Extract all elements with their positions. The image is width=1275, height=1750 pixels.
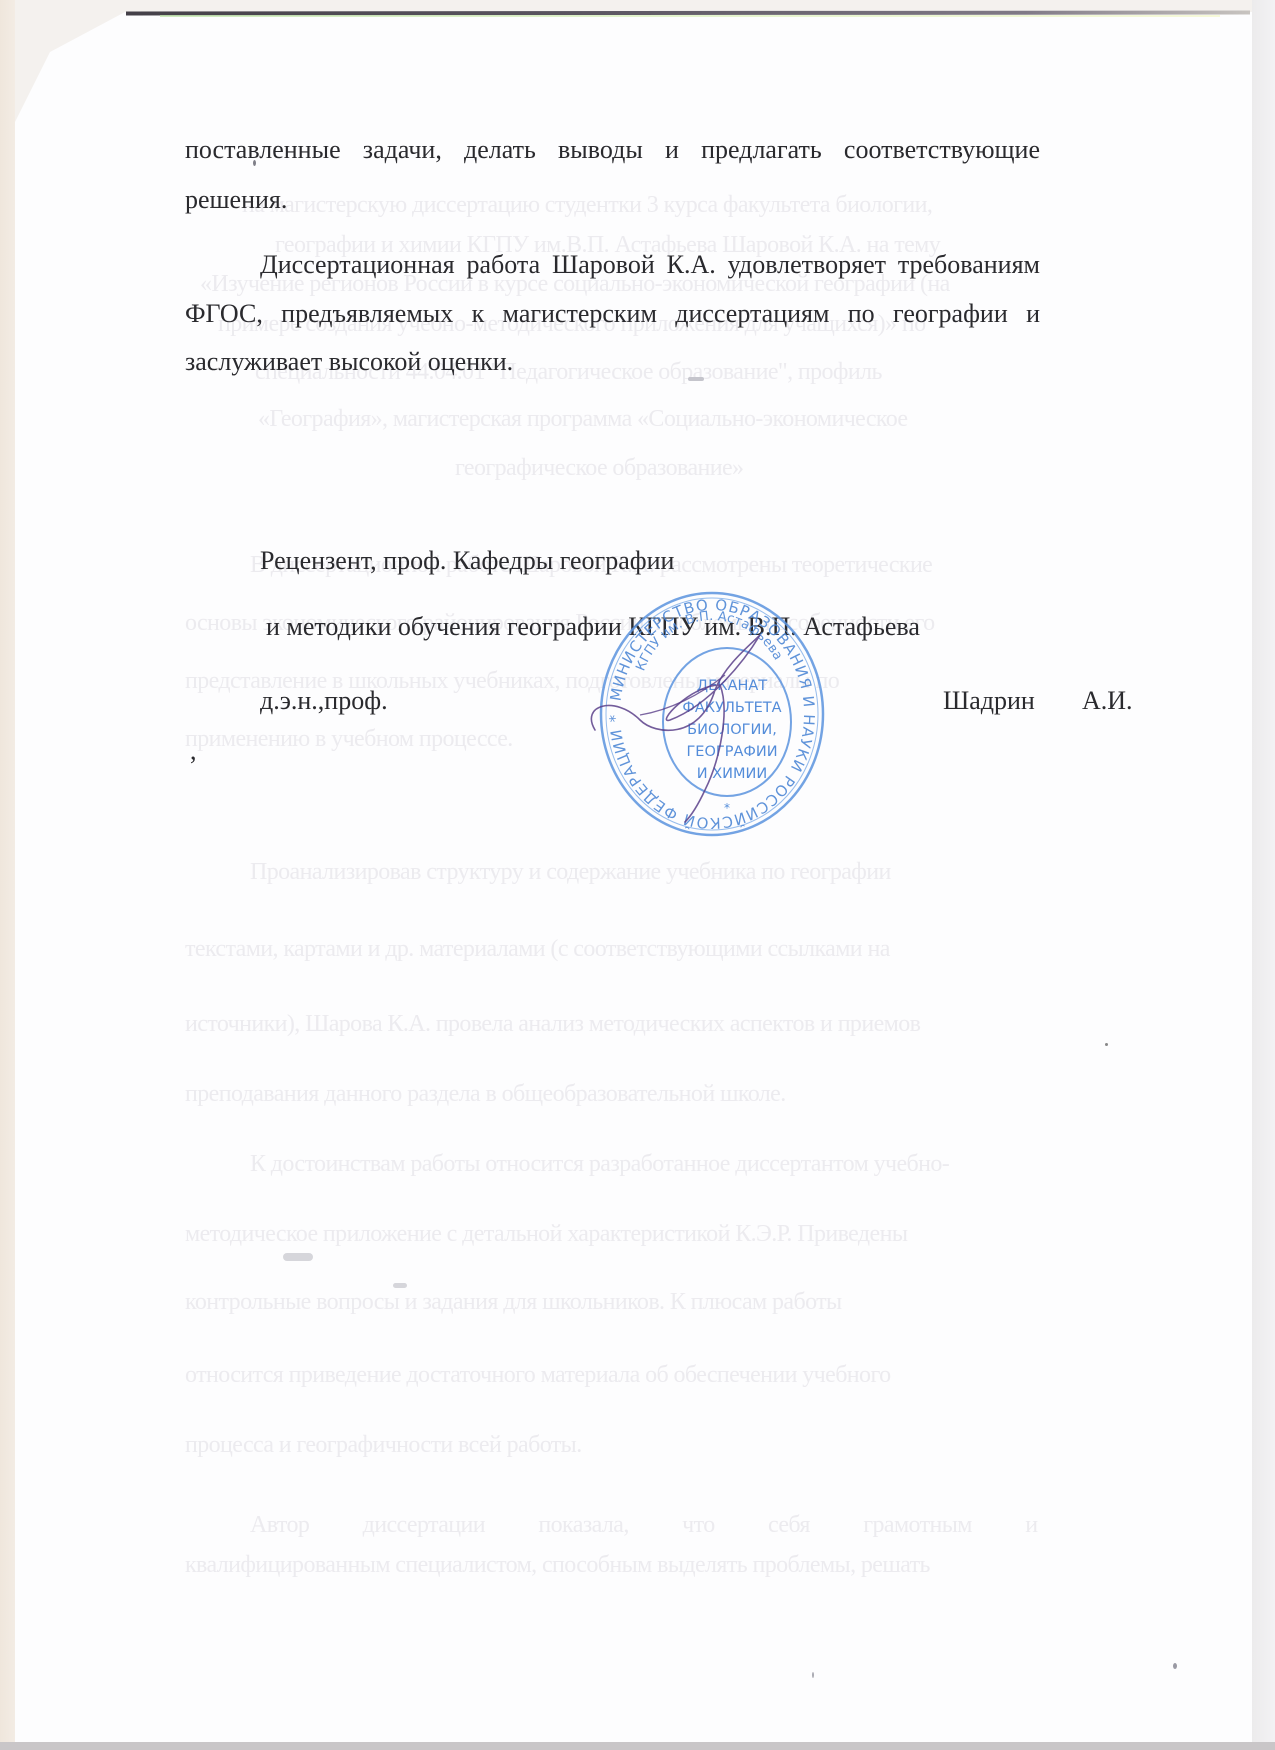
bleed-line: К достоинствам работы относится разработ…: [250, 1152, 949, 1176]
bleed-line: квалифицированным специалистом, способны…: [185, 1553, 930, 1577]
bleed-line: контрольные вопросы и задания для школьн…: [185, 1290, 842, 1314]
paragraph-2-line-1: Диссертационная работа Шаровой К.А. удов…: [260, 252, 1040, 278]
scan-speck: [1173, 1663, 1177, 1669]
bleed-line: географическое образование»: [455, 456, 743, 480]
bleed-line: преподавания данного раздела в общеобраз…: [185, 1082, 786, 1106]
paragraph-2-line-2: ФГОС, предъявляемых к магистерским диссе…: [185, 301, 1040, 327]
bleed-line: Проанализировав структуру и содержание у…: [250, 860, 891, 884]
scanner-margin-bottom: [0, 1742, 1275, 1750]
bleed-line: применению в учебном процессе.: [185, 727, 513, 751]
bleed-line: текстами, картами и др. материалами (с с…: [185, 937, 890, 961]
bleed-line: «География», магистерская программа «Соц…: [258, 407, 907, 431]
trailing-comma: ,: [190, 738, 197, 764]
handwritten-signature-icon: [560, 590, 820, 830]
paragraph-2-line-3: заслуживает высокой оценки.: [185, 349, 1040, 375]
scan-smudge: [688, 377, 704, 381]
bleed-line: Автор диссертации показала, что себя гра…: [250, 1513, 1038, 1537]
scan-speck: [253, 160, 256, 166]
scan-speck: [812, 1672, 814, 1678]
scan-smudge: [283, 1253, 313, 1261]
bleed-line: методическое приложение с детальной хара…: [185, 1222, 907, 1246]
body-line-2: решения.: [185, 187, 1040, 213]
body-line-1: поставленные задачи, делать выводы и пре…: [185, 137, 1040, 163]
scan-speck: [1105, 1043, 1108, 1046]
scanner-margin-right: [1252, 0, 1275, 1750]
reviewer-initials: А.И.: [1082, 688, 1133, 714]
bleed-line: источники), Шарова К.А. провела анализ м…: [185, 1012, 920, 1036]
reviewer-title-line-1: Рецензент, проф. Кафедры географии: [260, 548, 674, 574]
bleed-line: процесса и географичности всей работы.: [185, 1433, 582, 1457]
bleed-line: относится приведение достаточного матери…: [185, 1363, 891, 1387]
paper-top-edge-tint: [160, 15, 1220, 17]
reviewer-surname: Шадрин: [943, 688, 1035, 714]
reviewer-degree: д.э.н.,проф.: [260, 688, 388, 714]
scan-smudge: [393, 1283, 407, 1288]
scanner-margin-left: [0, 0, 15, 1750]
